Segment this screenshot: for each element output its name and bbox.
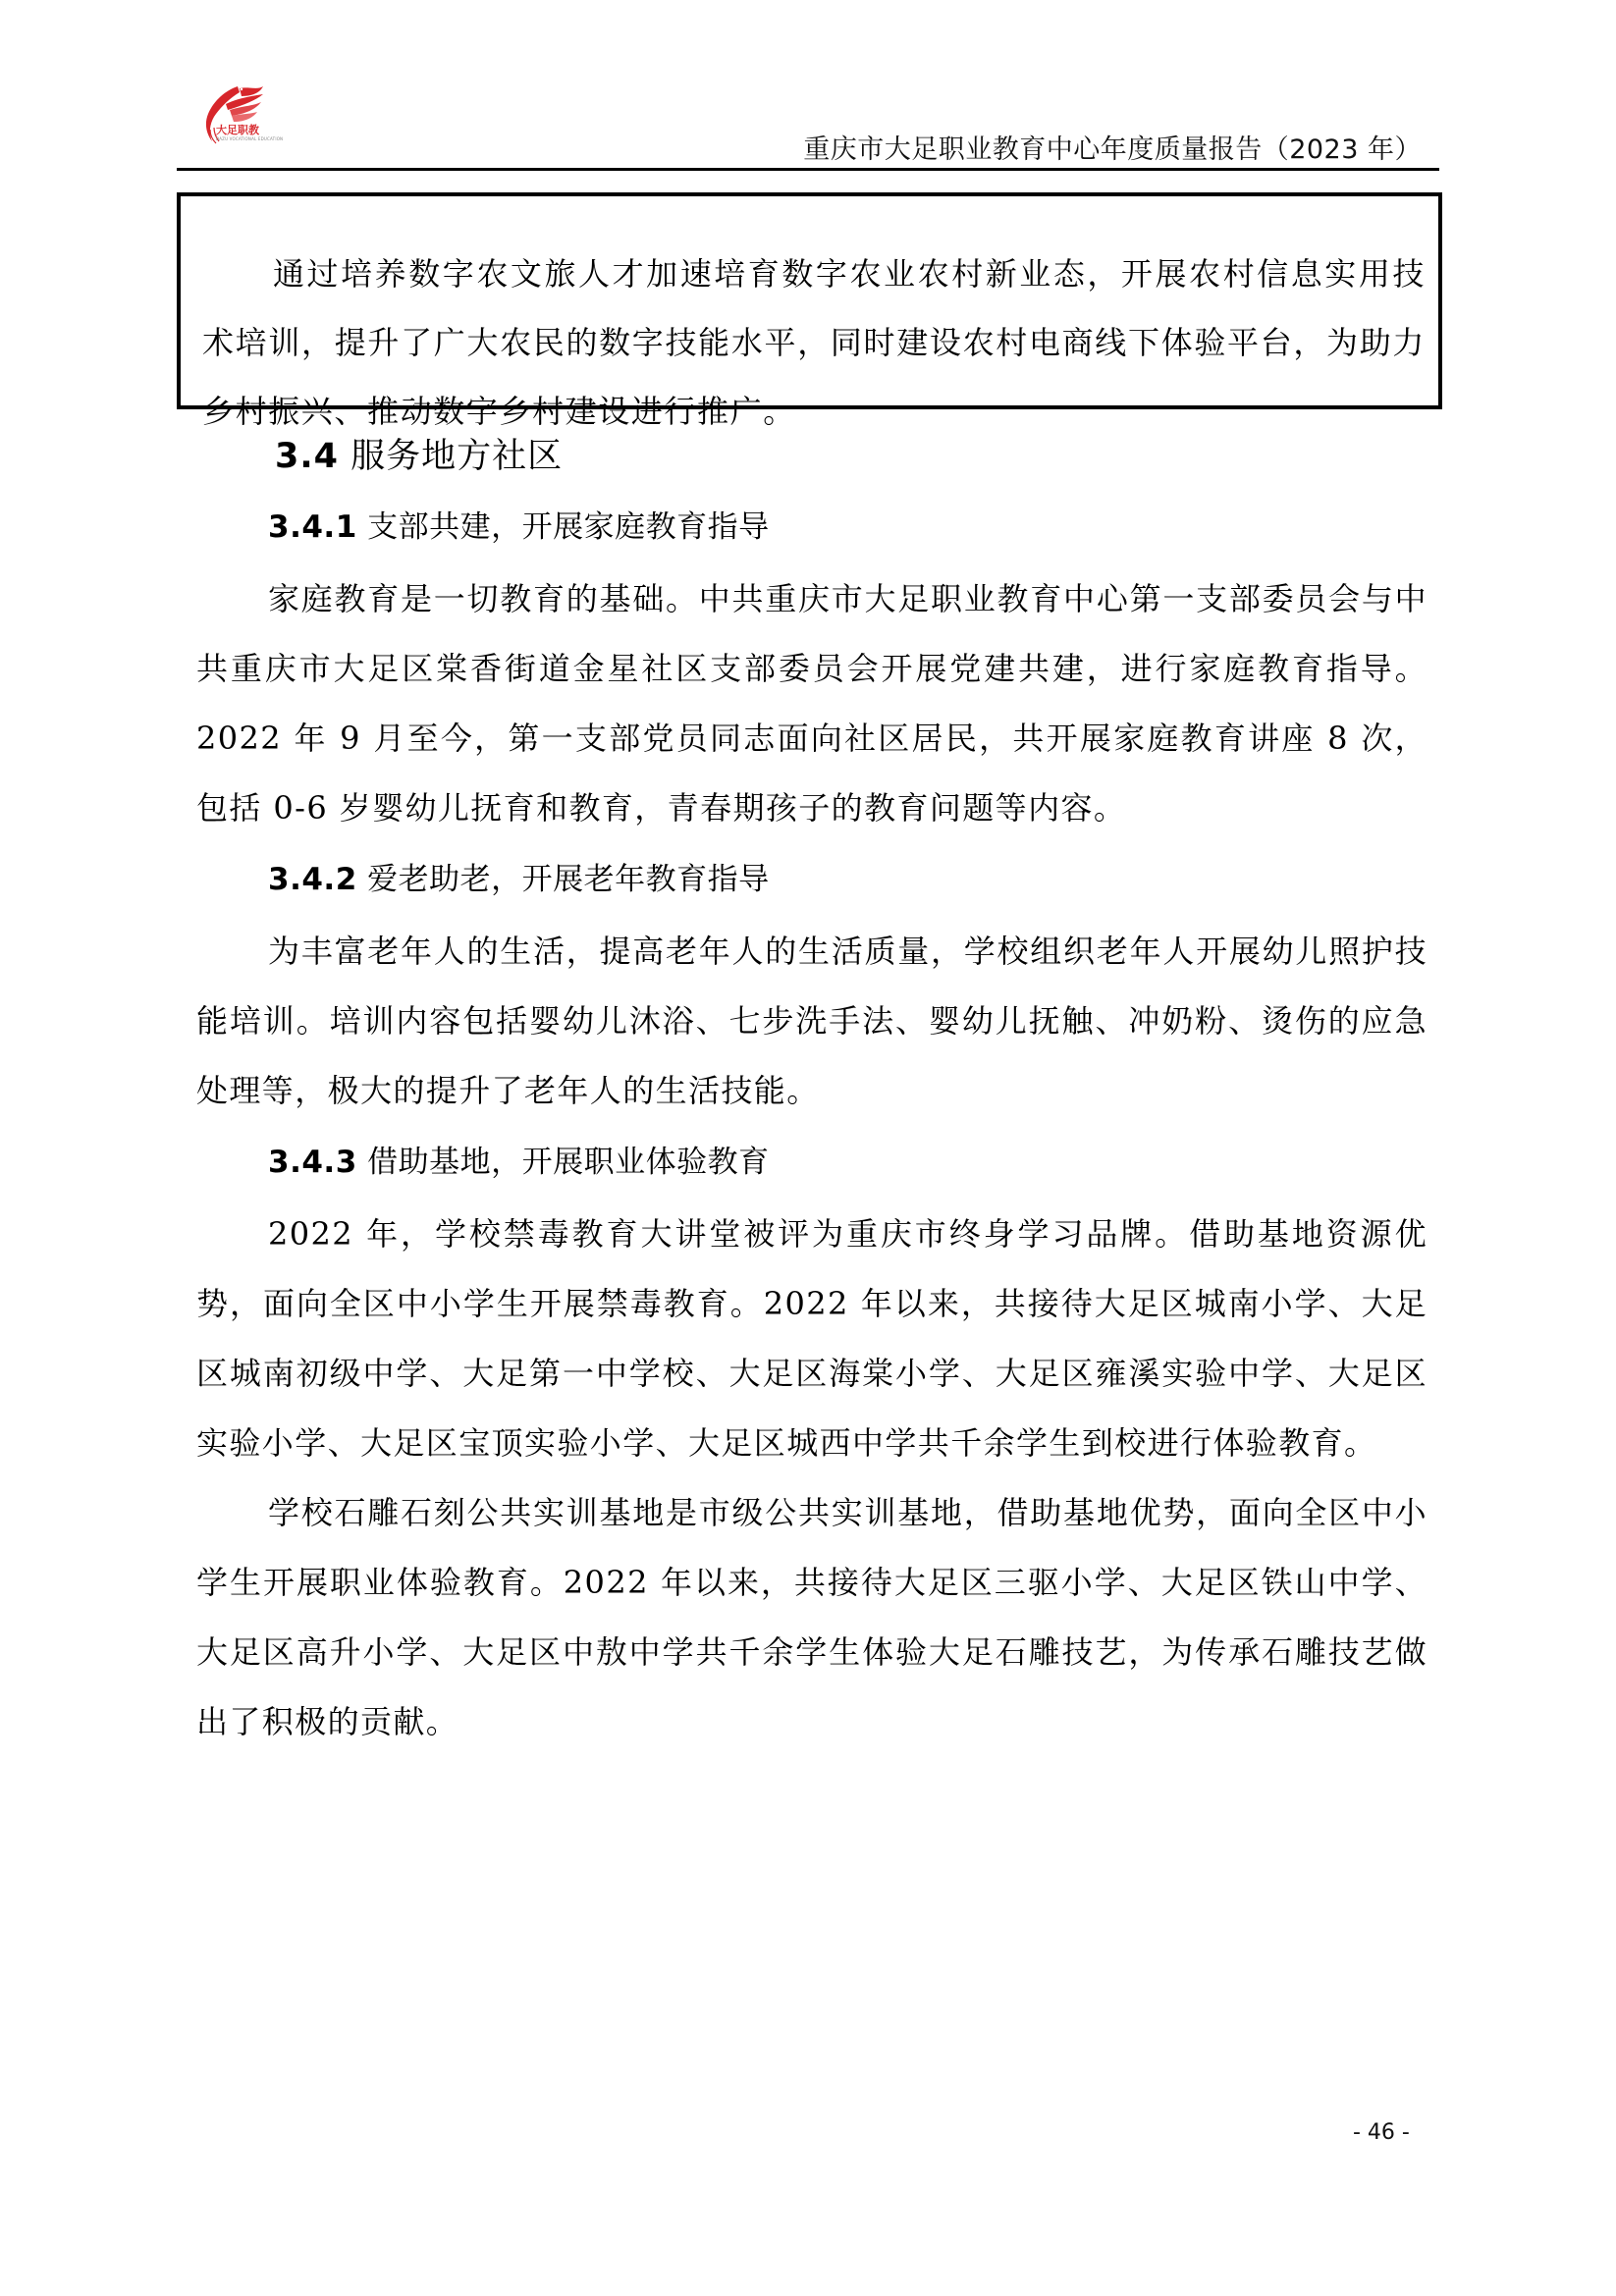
page-header: 大足职教 DAZU VOCATIONAL EDUCATION 重庆市大足职业教育… xyxy=(196,80,1439,171)
subsection-number: 3.4.3 xyxy=(268,1145,357,1180)
subsection-title: 爱老助老，开展老年教育指导 xyxy=(367,862,770,897)
school-logo: 大足职教 DAZU VOCATIONAL EDUCATION xyxy=(196,80,285,149)
subsection-title: 借助基地，开展职业体验教育 xyxy=(367,1145,770,1180)
paragraph: 学校石雕石刻公共实训基地是市级公共实训基地，借助基地优势，面向全区中小学生开展职… xyxy=(196,1478,1427,1757)
page-number: - 46 - xyxy=(1353,2120,1410,2145)
report-title: 重庆市大足职业教育中心年度质量报告（2023 年） xyxy=(803,128,1422,166)
subsection-number: 3.4.2 xyxy=(268,862,357,897)
section-heading: 3.4 服务地方社区 xyxy=(275,422,1427,491)
header-divider xyxy=(177,168,1439,171)
subsection-number: 3.4.1 xyxy=(268,509,357,545)
main-content: 3.4 服务地方社区 3.4.1 支部共建，开展家庭教育指导 家庭教育是一切教育… xyxy=(196,422,1427,1757)
subsection-heading-1: 3.4.1 支部共建，开展家庭教育指导 xyxy=(268,491,1427,564)
paragraph: 家庭教育是一切教育的基础。中共重庆市大足职业教育中心第一支部委员会与中共重庆市大… xyxy=(196,564,1427,843)
paragraph: 2022 年，学校禁毒教育大讲堂被评为重庆市终身学习品牌。借助基地资源优势，面向… xyxy=(196,1200,1427,1478)
section-title: 服务地方社区 xyxy=(350,437,563,476)
subsection-heading-2: 3.4.2 爱老助老，开展老年教育指导 xyxy=(268,843,1427,917)
logo-subtext: DAZU VOCATIONAL EDUCATION xyxy=(216,136,283,141)
callout-text: 通过培养数字农文旅人才加速培育数字农业农村新业态，开展农村信息实用技术培训，提升… xyxy=(202,240,1426,446)
subsection-heading-3: 3.4.3 借助基地，开展职业体验教育 xyxy=(268,1126,1427,1200)
callout-box: 通过培养数字农文旅人才加速培育数字农业农村新业态，开展农村信息实用技术培训，提升… xyxy=(177,192,1442,409)
logo-label: 大足职教 xyxy=(216,122,259,137)
paragraph: 为丰富老年人的生活，提高老年人的生活质量，学校组织老年人开展幼儿照护技能培训。培… xyxy=(196,917,1427,1126)
subsection-title: 支部共建，开展家庭教育指导 xyxy=(367,509,770,545)
section-number: 3.4 xyxy=(275,437,339,476)
